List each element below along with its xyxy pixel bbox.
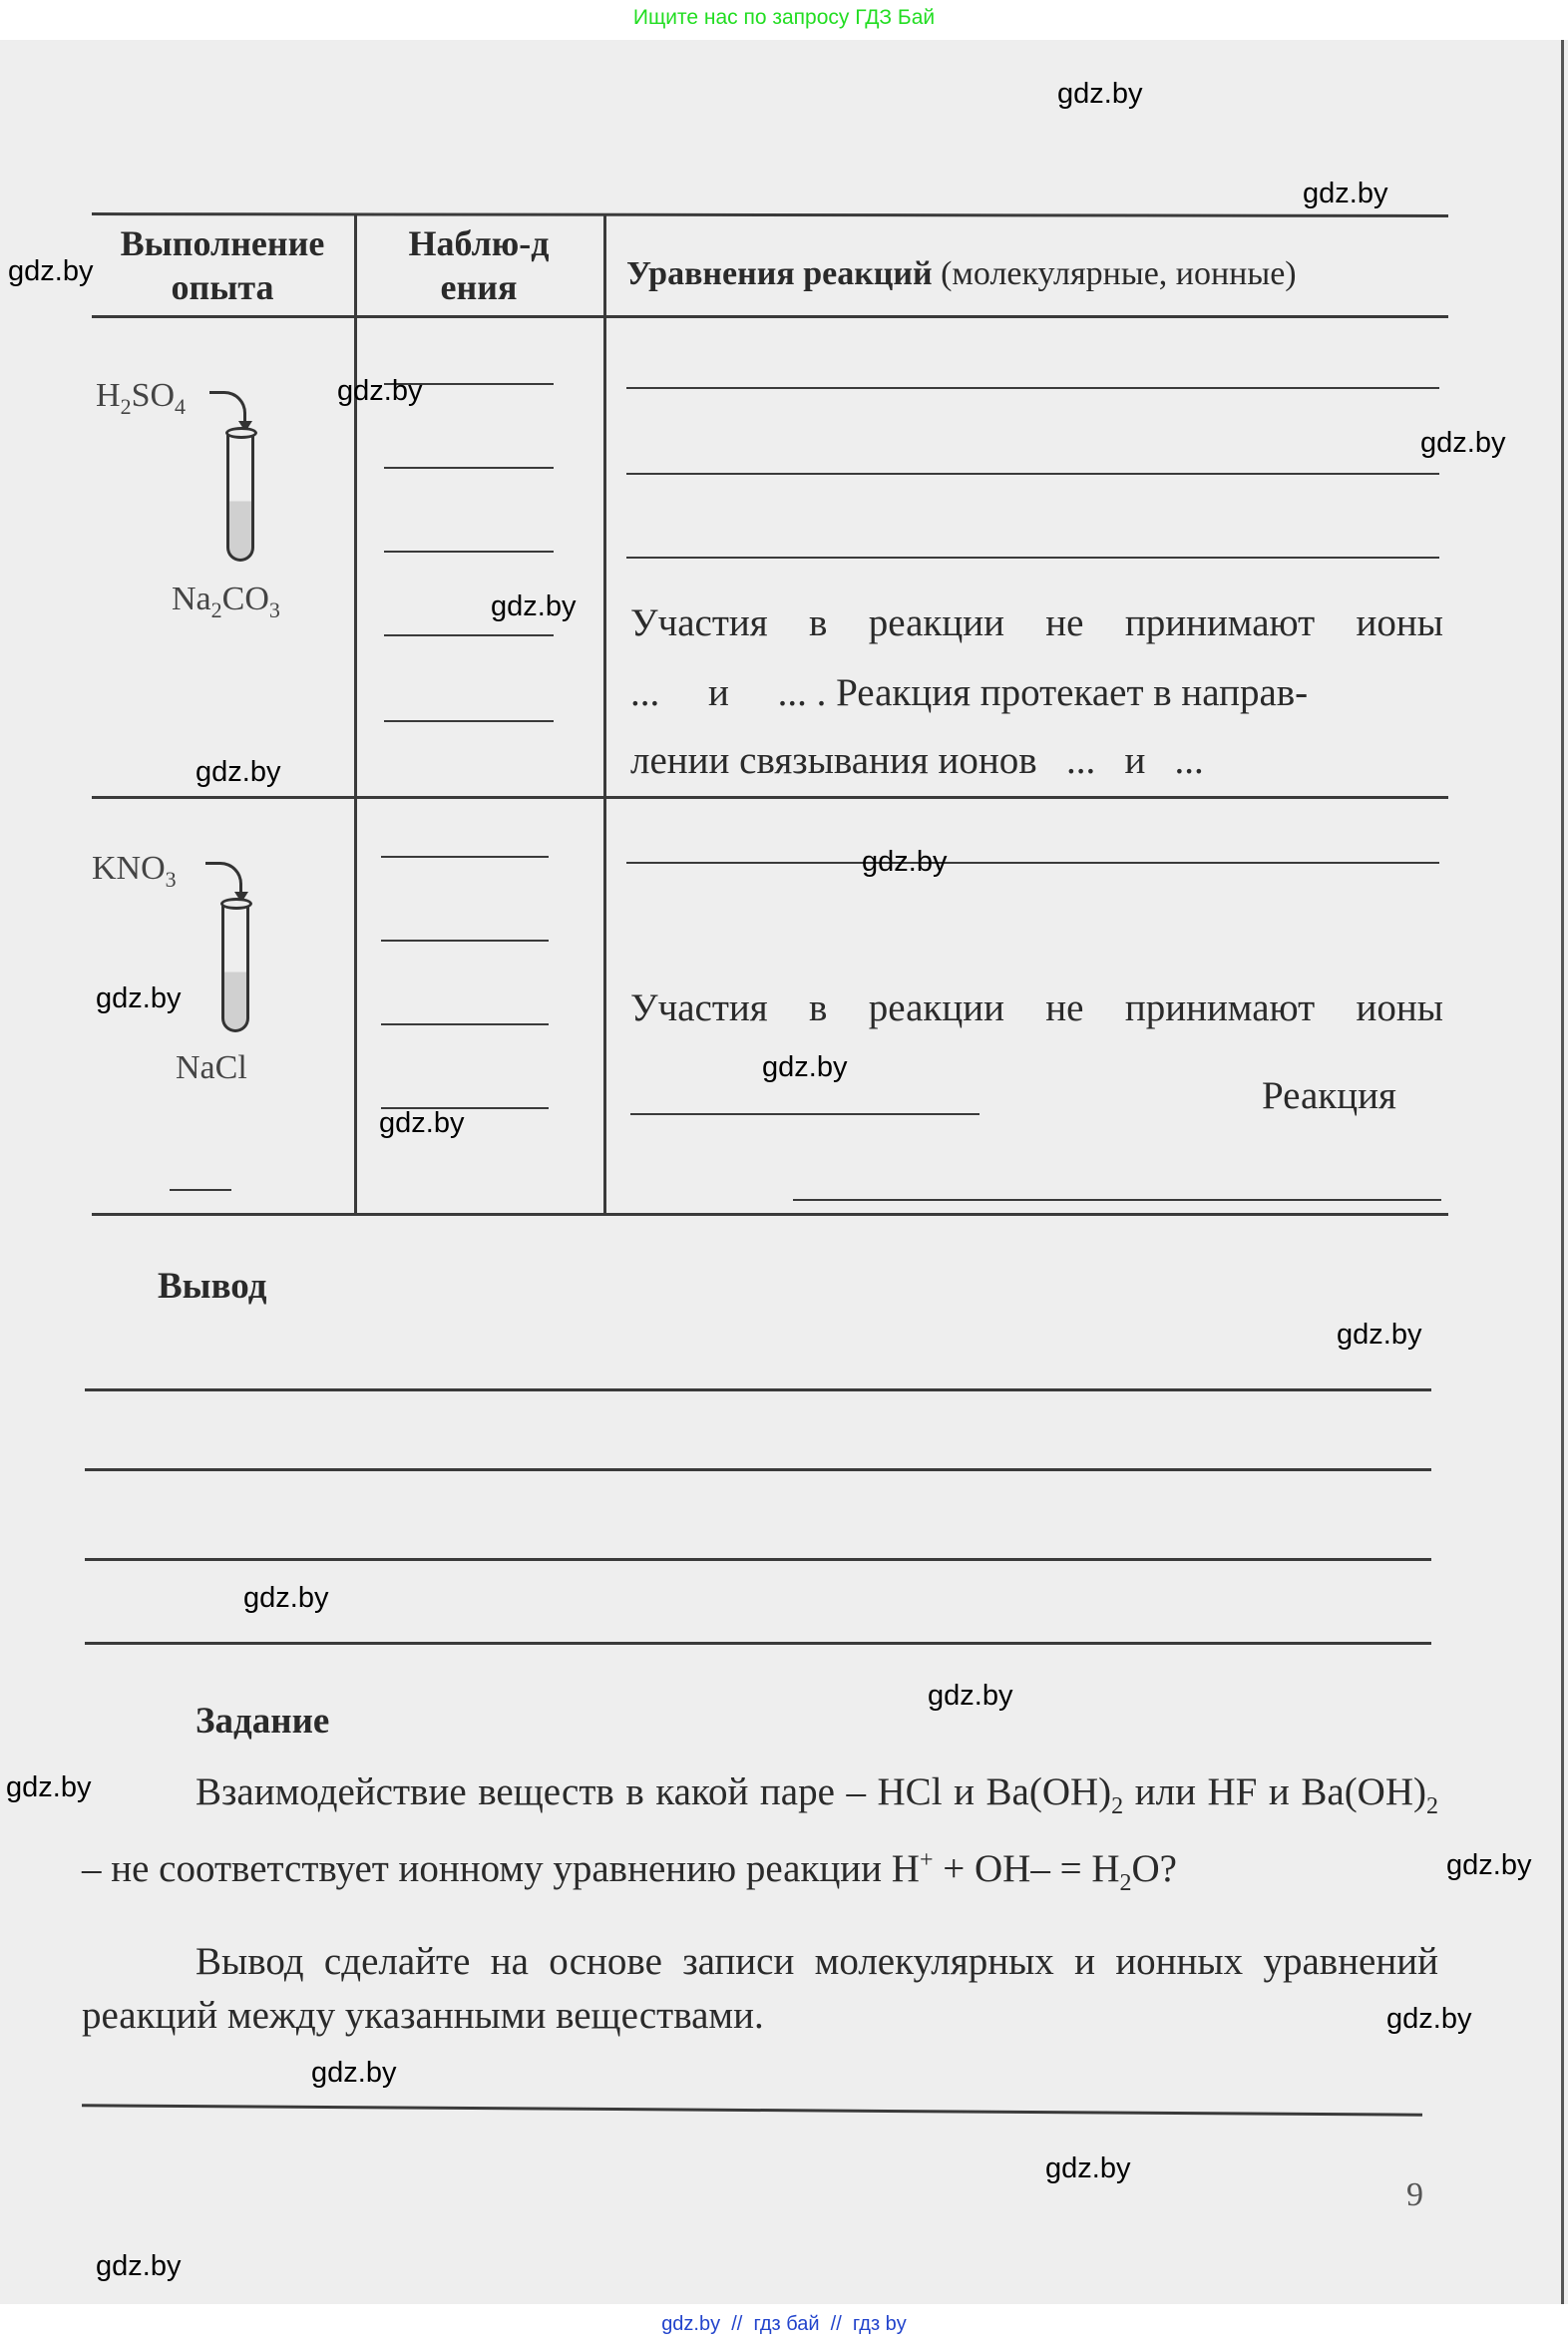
observation-blank[interactable] bbox=[384, 720, 554, 722]
reagent-na2co3: Na2CO3 bbox=[172, 581, 280, 623]
watermark: gdz.by bbox=[337, 375, 422, 408]
observation-blank[interactable] bbox=[381, 940, 549, 942]
header-experiment-text: Выполнение опыта bbox=[121, 223, 325, 307]
watermark: gdz.by bbox=[928, 1680, 1012, 1713]
watermark: gdz.by bbox=[1337, 1319, 1421, 1352]
conclusion-blank[interactable] bbox=[85, 1468, 1431, 1471]
header-equations: Уравнения реакций (молекулярные, ионные) bbox=[626, 255, 1297, 293]
observation-blank[interactable] bbox=[170, 1189, 231, 1191]
observation-blank[interactable] bbox=[384, 551, 554, 553]
observation-blank[interactable] bbox=[384, 634, 554, 636]
watermark: gdz.by bbox=[6, 1771, 91, 1804]
reagent-nacl: NaCl bbox=[176, 1049, 247, 1087]
equation-blank[interactable] bbox=[626, 557, 1439, 559]
row2-text-line-2: Реакция bbox=[1262, 1073, 1396, 1119]
task-instruction: Вывод сделайте на основе записи молекуля… bbox=[82, 1935, 1438, 2043]
test-tube-icon bbox=[221, 902, 249, 1032]
observation-blank[interactable] bbox=[381, 856, 549, 858]
equation-blank[interactable] bbox=[630, 1113, 980, 1115]
header-equations-bold: Уравнения реакций bbox=[626, 255, 933, 292]
header-observations: Наблю-дения bbox=[379, 221, 579, 309]
watermark: gdz.by bbox=[1386, 2003, 1471, 2036]
watermark: gdz.by bbox=[243, 1582, 328, 1615]
watermark: gdz.by bbox=[8, 255, 93, 288]
test-tube-icon bbox=[226, 431, 254, 562]
equation-blank[interactable] bbox=[626, 862, 1439, 864]
header-equations-note: (молекулярные, ионные) bbox=[941, 255, 1297, 292]
watermark: gdz.by bbox=[1420, 427, 1505, 460]
page-edge bbox=[1561, 40, 1564, 2304]
conclusion-blank[interactable] bbox=[85, 1558, 1431, 1561]
conclusion-heading: Вывод bbox=[158, 1265, 266, 1308]
table-header-rule bbox=[92, 315, 1448, 318]
equation-blank[interactable] bbox=[793, 1199, 1441, 1201]
top-banner: Ищите нас по запросу ГДЗ Бай bbox=[0, 0, 1568, 40]
task-question: Взаимодействие веществ в какой паре – HC… bbox=[82, 1765, 1438, 1910]
row1-text-line-1: Участия в реакции не принимают ионы bbox=[630, 600, 1443, 646]
watermark: gdz.by bbox=[491, 590, 576, 623]
watermark: gdz.by bbox=[762, 1051, 847, 1084]
task-heading: Задание bbox=[196, 1700, 329, 1743]
row2-text-line-1: Участия в реакции не принимают ионы bbox=[630, 985, 1443, 1031]
bottom-banner: gdz.by // гдз бай // гдз by bbox=[0, 2304, 1568, 2345]
watermark: gdz.by bbox=[1057, 78, 1142, 111]
table-col-divider-2 bbox=[603, 213, 606, 1216]
watermark: gdz.by bbox=[96, 2250, 181, 2283]
page-number: 9 bbox=[1406, 2176, 1423, 2214]
table-bottom-rule bbox=[92, 1213, 1448, 1216]
conclusion-blank[interactable] bbox=[85, 1642, 1431, 1645]
watermark: gdz.by bbox=[196, 756, 280, 789]
table-row-divider bbox=[92, 796, 1448, 799]
watermark: gdz.by bbox=[1303, 178, 1387, 210]
header-experiment: Выполнение опыта bbox=[92, 221, 353, 309]
watermark: gdz.by bbox=[379, 1107, 464, 1140]
equation-blank[interactable] bbox=[626, 473, 1439, 475]
watermark: gdz.by bbox=[311, 2057, 396, 2090]
reagent-kno3: KNO3 bbox=[92, 850, 177, 893]
watermark: gdz.by bbox=[96, 982, 181, 1015]
watermark: gdz.by bbox=[862, 846, 947, 879]
observation-blank[interactable] bbox=[384, 467, 554, 469]
reagent-h2so4: H2SO4 bbox=[96, 377, 186, 420]
observation-blank[interactable] bbox=[381, 1023, 549, 1025]
watermark: gdz.by bbox=[1446, 1849, 1531, 1882]
equation-blank[interactable] bbox=[626, 387, 1439, 389]
watermark: gdz.by bbox=[1045, 2152, 1130, 2185]
header-observations-text: Наблю-дения bbox=[404, 221, 554, 309]
table-col-divider-1 bbox=[354, 213, 357, 1216]
row1-text-line-2: ... и ... . Реакция протекает в направ- bbox=[630, 670, 1308, 716]
conclusion-blank[interactable] bbox=[85, 1388, 1431, 1391]
row1-text-line-3: лении связывания ионов ... и ... bbox=[630, 738, 1204, 784]
